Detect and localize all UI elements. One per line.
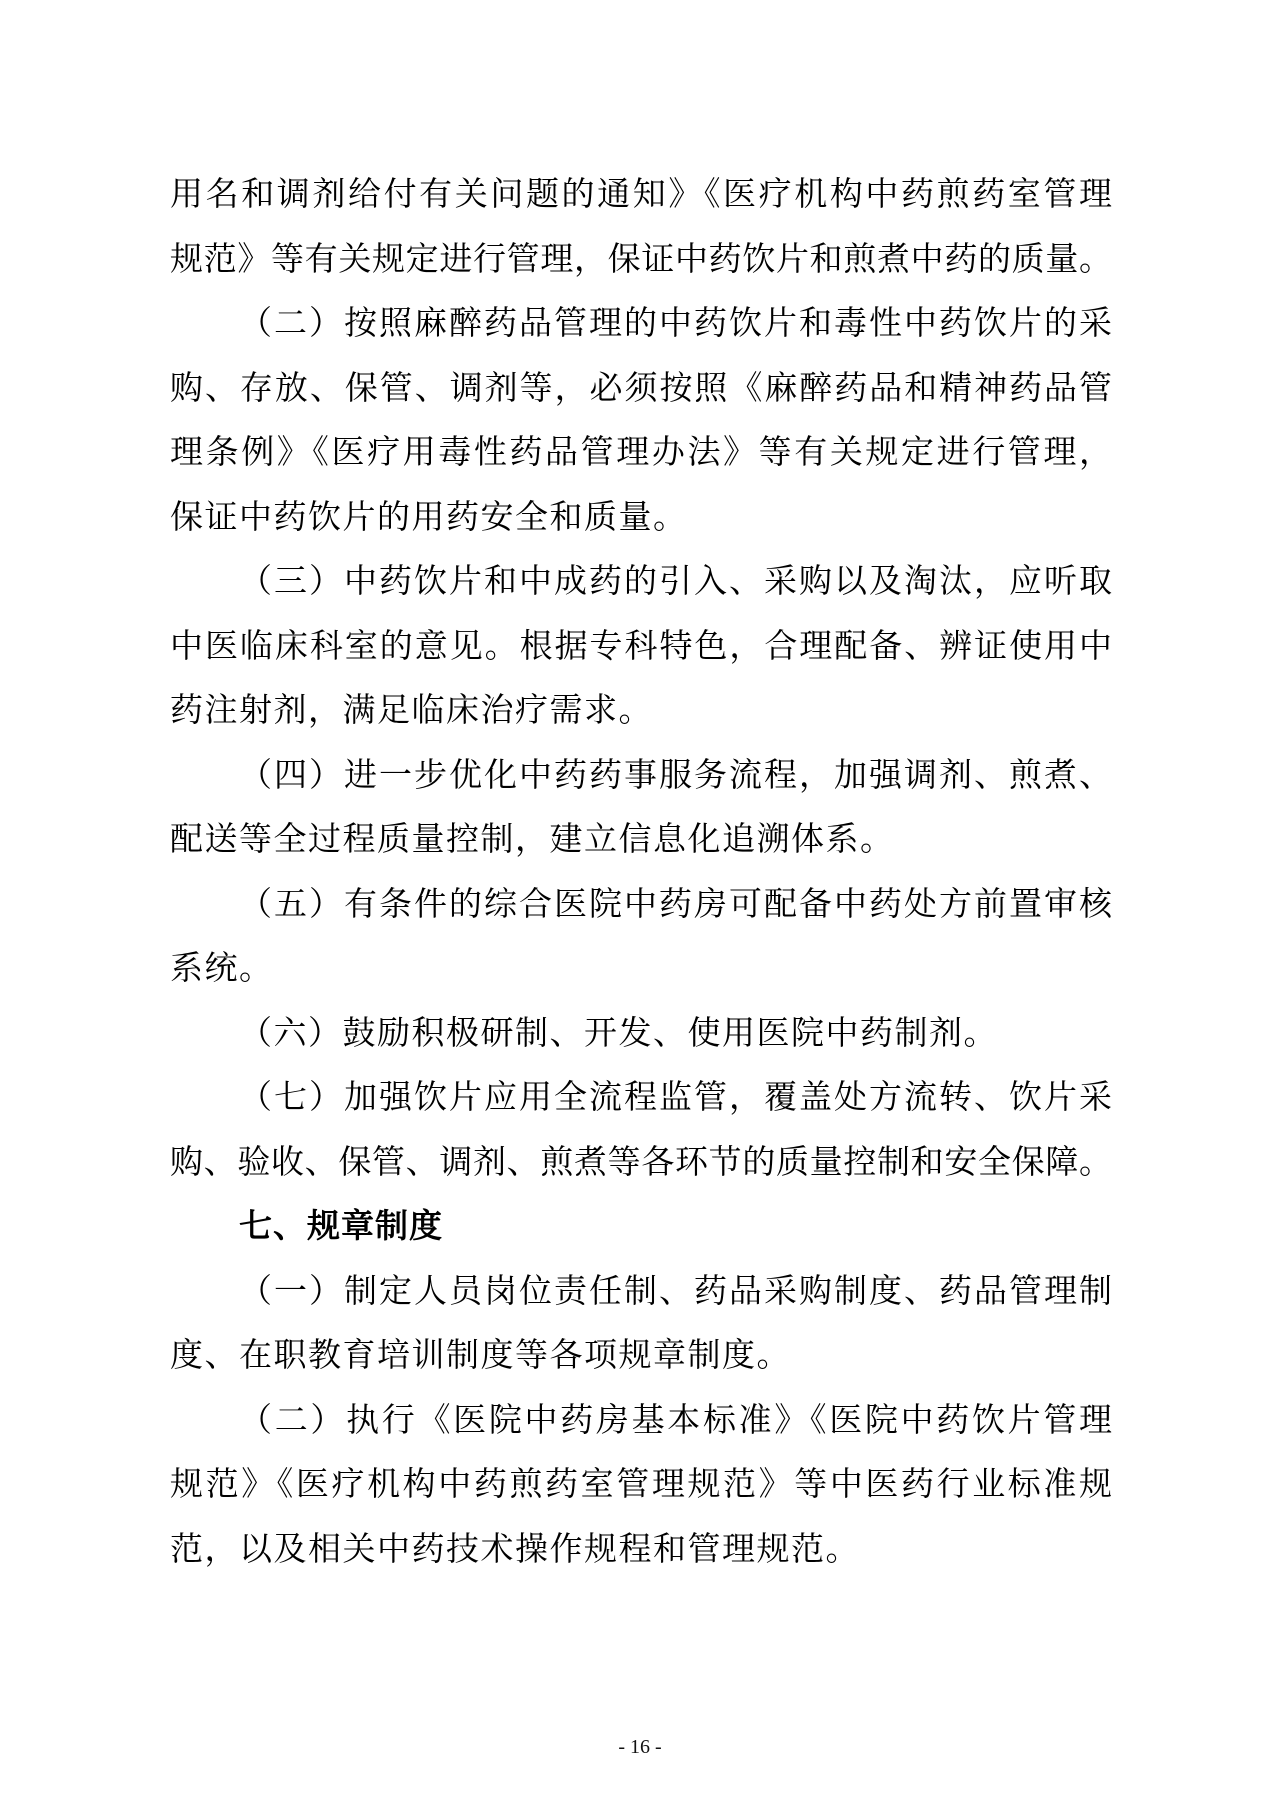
paragraph-item-6: （六）鼓励积极研制、开发、使用医院中药制剂。	[170, 1001, 1112, 1066]
paragraph-item-2b: （二）执行《医院中药房基本标准》《医院中药饮片管理 规范》《医疗机构中药煎药室管…	[170, 1388, 1112, 1582]
text-line: （三）中药饮片和中成药的引入、采购以及淘汰，应听取	[170, 549, 1112, 614]
paragraph-continuation: 用名和调剂给付有关问题的通知》《医疗机构中药煎药室管理 规范》等有关规定进行管理…	[170, 162, 1112, 291]
section-heading: 七、规章制度	[170, 1194, 1112, 1259]
paragraph-item-2: （二）按照麻醉药品管理的中药饮片和毒性中药饮片的采 购、存放、保管、调剂等，必须…	[170, 291, 1112, 549]
text-line: 规范》等有关规定进行管理，保证中药饮片和煎煮中药的质量。	[170, 227, 1112, 292]
text-line: （二）按照麻醉药品管理的中药饮片和毒性中药饮片的采	[170, 291, 1112, 356]
text-line: 系统。	[170, 936, 1112, 1001]
text-line: 用名和调剂给付有关问题的通知》《医疗机构中药煎药室管理	[170, 162, 1112, 227]
text-line: （五）有条件的综合医院中药房可配备中药处方前置审核	[170, 872, 1112, 937]
text-line: 配送等全过程质量控制，建立信息化追溯体系。	[170, 807, 1112, 872]
text-line: 购、存放、保管、调剂等，必须按照《麻醉药品和精神药品管	[170, 356, 1112, 421]
text-line: 度、在职教育培训制度等各项规章制度。	[170, 1323, 1112, 1388]
text-line: 药注射剂，满足临床治疗需求。	[170, 678, 1112, 743]
text-line: （七）加强饮片应用全流程监管，覆盖处方流转、饮片采	[170, 1065, 1112, 1130]
paragraph-item-1: （一）制定人员岗位责任制、药品采购制度、药品管理制 度、在职教育培训制度等各项规…	[170, 1259, 1112, 1388]
document-page: 用名和调剂给付有关问题的通知》《医疗机构中药煎药室管理 规范》等有关规定进行管理…	[0, 0, 1280, 1810]
text-line: 范，以及相关中药技术操作规程和管理规范。	[170, 1517, 1112, 1582]
text-line: （四）进一步优化中药药事服务流程，加强调剂、煎煮、	[170, 743, 1112, 808]
text-line: 保证中药饮片的用药安全和质量。	[170, 485, 1112, 550]
text-line: （六）鼓励积极研制、开发、使用医院中药制剂。	[170, 1001, 1112, 1066]
text-line: （一）制定人员岗位责任制、药品采购制度、药品管理制	[170, 1259, 1112, 1324]
paragraph-item-7: （七）加强饮片应用全流程监管，覆盖处方流转、饮片采 购、验收、保管、调剂、煎煮等…	[170, 1065, 1112, 1194]
paragraph-item-3: （三）中药饮片和中成药的引入、采购以及淘汰，应听取 中医临床科室的意见。根据专科…	[170, 549, 1112, 743]
text-line: 规范》《医疗机构中药煎药室管理规范》等中医药行业标准规	[170, 1452, 1112, 1517]
document-body: 用名和调剂给付有关问题的通知》《医疗机构中药煎药室管理 规范》等有关规定进行管理…	[170, 162, 1112, 1581]
page-number: - 16 -	[0, 1735, 1280, 1759]
paragraph-item-4: （四）进一步优化中药药事服务流程，加强调剂、煎煮、 配送等全过程质量控制，建立信…	[170, 743, 1112, 872]
section-heading-regulations: 七、规章制度	[170, 1194, 1112, 1259]
text-line: 中医临床科室的意见。根据专科特色，合理配备、辨证使用中	[170, 614, 1112, 679]
paragraph-item-5: （五）有条件的综合医院中药房可配备中药处方前置审核 系统。	[170, 872, 1112, 1001]
text-line: 购、验收、保管、调剂、煎煮等各环节的质量控制和安全保障。	[170, 1130, 1112, 1195]
text-line: 理条例》《医疗用毒性药品管理办法》等有关规定进行管理，	[170, 420, 1112, 485]
text-line: （二）执行《医院中药房基本标准》《医院中药饮片管理	[170, 1388, 1112, 1453]
